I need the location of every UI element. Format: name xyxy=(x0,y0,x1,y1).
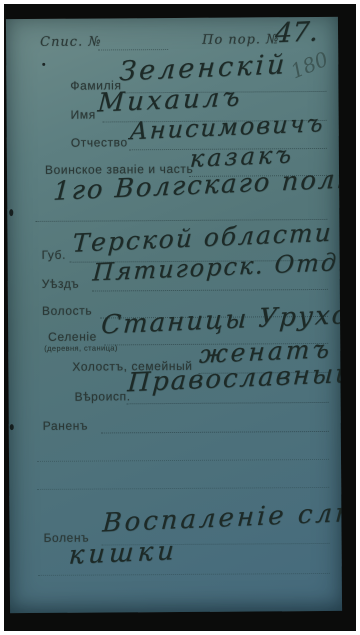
ruled-line xyxy=(98,49,168,50)
wounded-label: Раненъ xyxy=(43,419,88,433)
ruled-line xyxy=(37,459,329,462)
paper-blemish xyxy=(42,63,45,66)
settlement-value: Станицы Урухской xyxy=(100,298,342,341)
registration-card-paper: Спис. № По пор. № 47. 180 Фамилія Зеленс… xyxy=(6,17,342,613)
ruled-line xyxy=(127,402,329,404)
ruled-line xyxy=(37,487,329,490)
first-name-label: Имя xyxy=(71,108,96,122)
paper-blemish xyxy=(10,424,14,430)
sick-value-line2: кишки xyxy=(68,536,179,571)
ruled-line xyxy=(101,431,329,434)
ruled-line xyxy=(38,573,330,576)
paper-blemish xyxy=(9,209,13,216)
settlement-label: Селеніе xyxy=(48,330,97,344)
pencil-number: 180 xyxy=(287,47,331,84)
photo-background: Спис. № По пор. № 47. 180 Фамилія Зеленс… xyxy=(4,4,356,631)
scanned-document-page: { "document": { "type": "hospital-regist… xyxy=(0,0,360,635)
religion-label: Вѣроисп. xyxy=(75,389,131,403)
province-label: Губ. xyxy=(42,248,67,262)
ruled-line xyxy=(92,289,328,292)
surname-value: Зеленскій xyxy=(118,49,288,87)
district-label: Уѣздъ xyxy=(42,277,80,291)
list-number-label: Спис. № xyxy=(40,34,102,49)
volost-label: Волость xyxy=(42,304,92,318)
order-number-value: 47. xyxy=(274,17,319,49)
sick-value: Воспаленіе слѣпой xyxy=(102,495,343,538)
order-number-label: По пор. № xyxy=(202,32,279,48)
patronymic-label: Отчество xyxy=(71,135,128,149)
